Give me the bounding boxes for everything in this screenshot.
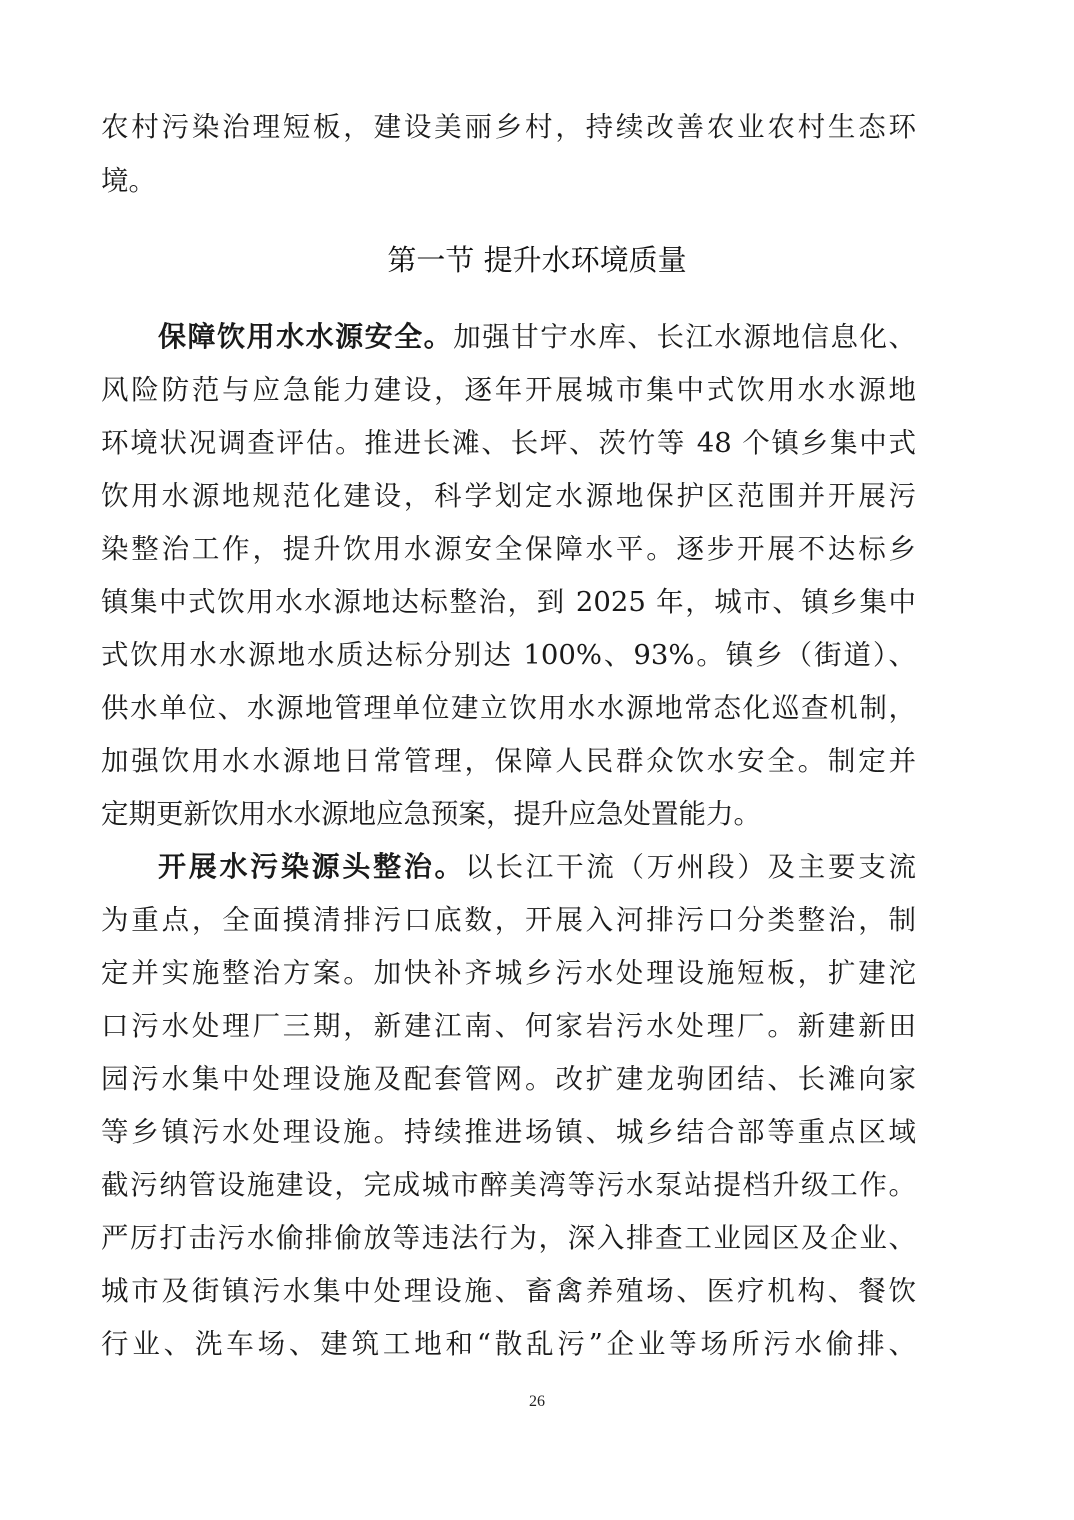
paragraph-2-line: 为重点，全面摸清排污口底数，开展入河排污口分类整治，制 — [101, 902, 916, 938]
document-page: 农村污染治理短板，建设美丽乡村，持续改善农业农村生态环 境。 第一节 提升水环境… — [0, 0, 1074, 1520]
page-number: 26 — [0, 1393, 1074, 1411]
paragraph-1-first-line: 保障饮用水水源安全。加强甘宁水库、长江水源地信息化、 — [158, 319, 916, 355]
paragraph-2-lead: 开展水污染源头整治。 — [158, 850, 465, 883]
paragraph-2-line: 等乡镇污水处理设施。持续推进场镇、城乡结合部等重点区域 — [101, 1114, 916, 1150]
paragraph-1-first-line-text: 加强甘宁水库、长江水源地信息化、 — [453, 321, 916, 353]
paragraph-1-line: 染整治工作，提升饮用水源安全保障水平。逐步开展不达标乡 — [101, 531, 916, 567]
paragraph-2-line: 园污水集中处理设施及配套管网。改扩建龙驹团结、长滩向家 — [101, 1061, 916, 1097]
paragraph-1-line: 风险防范与应急能力建设，逐年开展城市集中式饮用水水源地 — [101, 372, 916, 408]
paragraph-2-line: 城市及街镇污水集中处理设施、畜禽养殖场、医疗机构、餐饮 — [101, 1273, 916, 1309]
paragraph-1-line: 饮用水源地规范化建设，科学划定水源地保护区范围并开展污 — [101, 478, 916, 514]
paragraph-1-line: 式饮用水水源地水质达标分别达 100%、93%。镇乡（街道）、 — [101, 637, 916, 673]
paragraph-1-lead: 保障饮用水水源安全。 — [158, 320, 453, 353]
paragraph-1-line: 加强饮用水水源地日常管理，保障人民群众饮水安全。制定并 — [101, 743, 916, 779]
paragraph-2-line: 行业、洗车场、建筑工地和“散乱污”企业等场所污水偷排、 — [101, 1326, 916, 1362]
paragraph-1-line: 镇集中式饮用水水源地达标整治，到 2025 年，城市、镇乡集中 — [101, 584, 916, 620]
paragraph-1-line: 供水单位、水源地管理单位建立饮用水水源地常态化巡查机制， — [101, 690, 916, 726]
paragraph-2-line: 定并实施整治方案。加快补齐城乡污水处理设施短板，扩建沱 — [101, 955, 916, 991]
paragraph-1-line: 定期更新饮用水水源地应急预案，提升应急处置能力。 — [101, 796, 916, 832]
section-heading: 第一节 提升水环境质量 — [0, 240, 1074, 280]
paragraph-2-line: 截污纳管设施建设，完成城市醉美湾等污水泵站提档升级工作。 — [101, 1167, 916, 1203]
paragraph-2-first-line: 开展水污染源头整治。以长江干流（万州段）及主要支流 — [158, 849, 916, 885]
intro-line-2: 境。 — [101, 163, 916, 199]
paragraph-2-line: 严厉打击污水偷排偷放等违法行为，深入排查工业园区及企业、 — [101, 1220, 916, 1256]
paragraph-1-line: 环境状况调查评估。推进长滩、长坪、茨竹等 48 个镇乡集中式 — [101, 425, 916, 461]
intro-line-1: 农村污染治理短板，建设美丽乡村，持续改善农业农村生态环 — [101, 109, 916, 145]
paragraph-2-first-line-text: 以长江干流（万州段）及主要支流 — [465, 851, 916, 883]
paragraph-2-line: 口污水处理厂三期，新建江南、何家岩污水处理厂。新建新田 — [101, 1008, 916, 1044]
